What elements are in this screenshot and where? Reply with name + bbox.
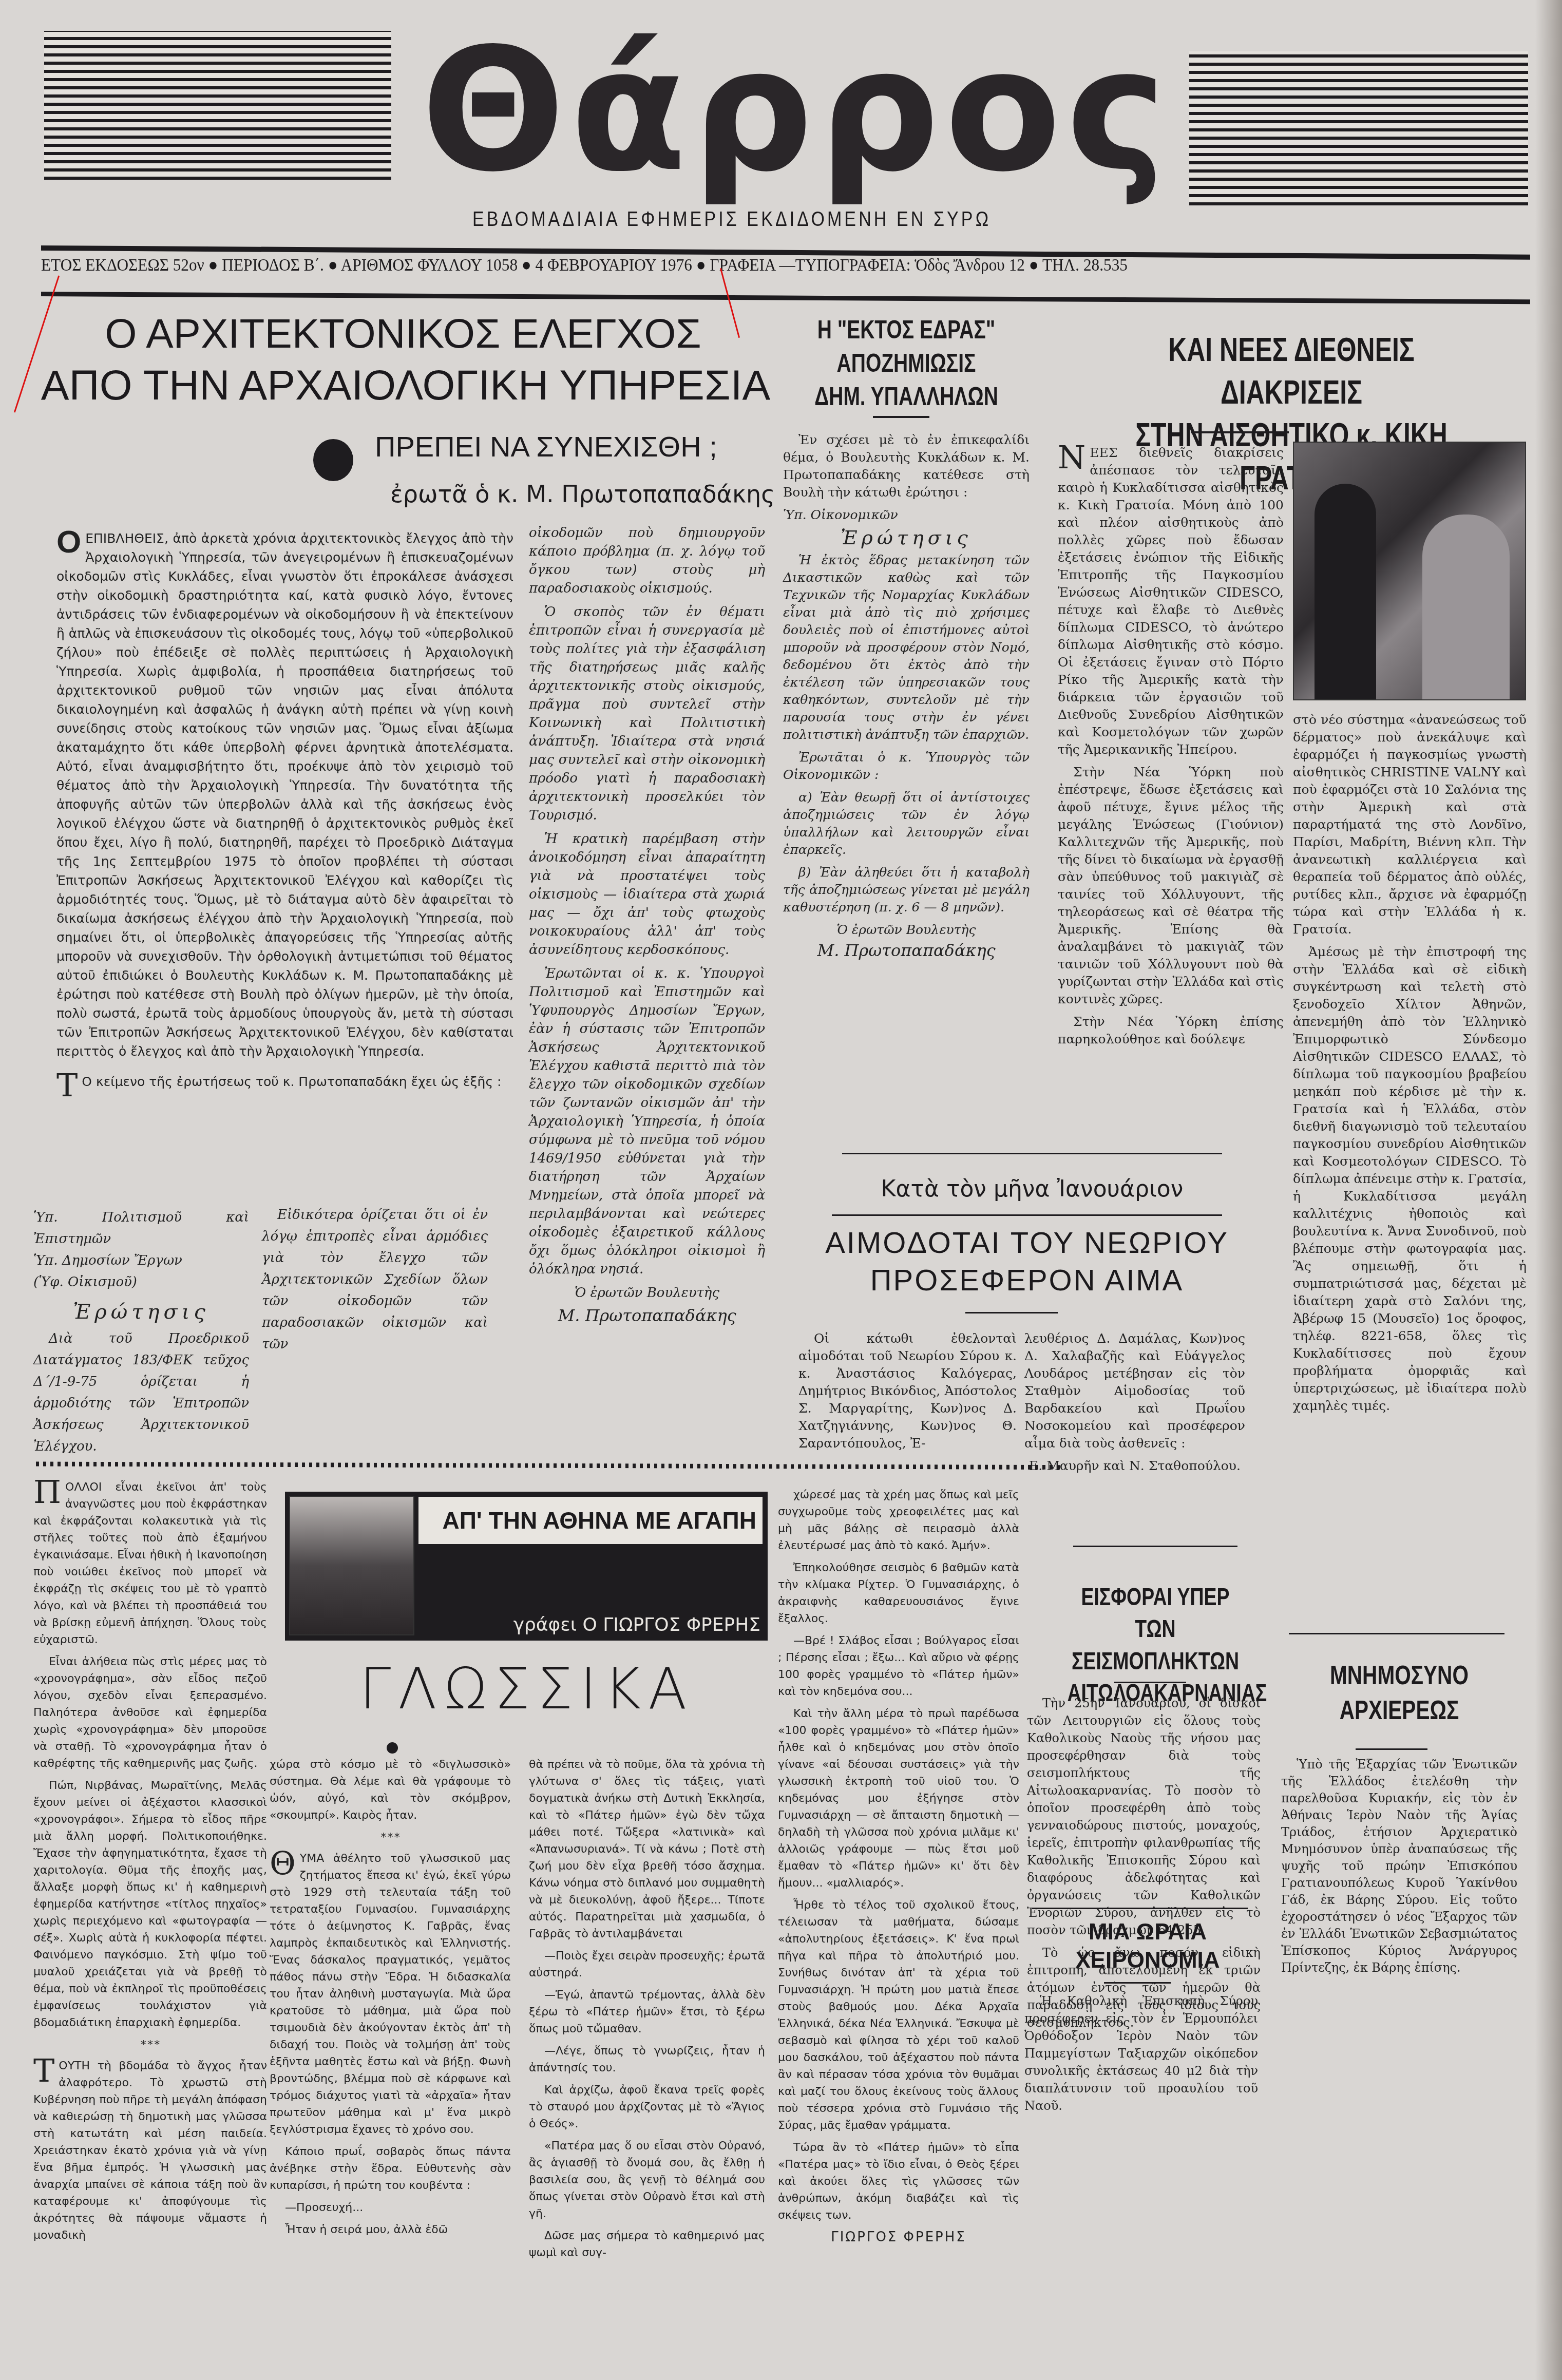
bullet-dot-icon — [387, 1742, 398, 1754]
newspaper-logo: Θάρρος — [421, 26, 1172, 195]
blood-col-1: Οἱ κάτωθι ἐθελονταὶ αἱμοδόται τοῦ Νεωρίο… — [798, 1330, 1017, 1452]
gesture-headline: ΜΙΑ ΩΡΑΙΑ ΧΕΙΡΟΝΟΜΙΑ — [1027, 1918, 1268, 1974]
edition-period: ΠΕΡΙΟΔΟΣ Β΄. — [222, 256, 324, 275]
architecture-col-b: Διὰ τοῦ Προεδρικοῦ Διατάγματος 183/ΦΕΚ τ… — [262, 1204, 488, 1360]
bullet-dot-icon — [313, 439, 353, 481]
drop-cap: Π — [33, 1479, 61, 1506]
athens-banner-author: γράφει Ο ΓΙΩΡΓΟΣ ΦΡΕΡΗΣ — [513, 1614, 760, 1635]
masthead-info-bar: ΕΤΟΣ ΕΚΔΟΣΕΩΣ 52ον ● ΠΕΡΙΟΔΟΣ Β΄. ● ΑΡΙΘ… — [41, 256, 1128, 275]
athens-col-4: χώρεσέ μας τὰ χρέη μας ὅπως καὶ μεῖς συγ… — [778, 1487, 1019, 2246]
blood-col-2: λευθέριος Δ. Δαμάλας, Κων)νος Δ. Χαλαβαζ… — [1024, 1330, 1245, 1480]
author-photo — [289, 1496, 414, 1635]
earthquake-body: Τὴν 25ην Ἰανουαρίου, οἱ δίσκοι τῶν Λειτο… — [1027, 1694, 1261, 2036]
drop-cap: Ν — [1058, 444, 1085, 471]
bullet-icon: ● — [522, 256, 531, 275]
masthead-subtitle: ΕΒΔΟΜΑΔΙΑΙΑ ΕΦΗΜΕΡΙΣ ΕΚΔΙΔΟΜΕΝΗ ΕΝ ΣΥΡΩ — [472, 208, 991, 231]
section-stars: * * * — [33, 2036, 267, 2053]
divider — [1032, 1908, 1248, 1909]
offices-address: ΓΡΑΦΕΙΑ —ΤΥΠΟΓΡΑΦΕΙΑ: Ὁδὸς Ἄνδρου 12 — [710, 256, 1025, 275]
photo-figure-right — [1422, 515, 1510, 699]
divider — [832, 1214, 1222, 1216]
divider — [1114, 1682, 1186, 1683]
masthead-ornament-right — [1189, 51, 1528, 205]
divider — [1104, 1982, 1171, 1984]
architecture-byline: ἐρωτᾶ ὁ κ. Μ. Πρωτοπαπαδάκης — [390, 480, 775, 508]
architecture-lead-body: Ο ΕΠΙΒΛΗΘΕΙΣ, ἀπὸ ἀρκετὰ χρόνια ἀρχιτεκτ… — [56, 529, 513, 1099]
divider — [1073, 1546, 1237, 1547]
masthead-ornament-left — [44, 31, 391, 180]
gesture-body: Ἡ Καθολικὴ Ἐπισκοπὴ Σύρου προσέφερεν εἰς… — [1024, 1992, 1258, 2115]
athens-col-1: Π ΟΛΛΟΙ εἶναι ἐκεῖνοι ἀπ' τοὺς ἀναγνῶστε… — [33, 1479, 267, 2244]
bullet-icon: ● — [696, 256, 706, 275]
wavy-separator — [36, 1458, 1063, 1470]
memorial-body: Ὑπὸ τῆς Ἐξαρχίας τῶν Ἑνωτικῶν τῆς Ἑλλάδο… — [1281, 1756, 1517, 1976]
earthquake-headline: ΕΙΣΦΟΡΑΙ ΥΠΕΡ ΤΩΝ ΣΕΙΣΜΟΠΛΗΚΤΩΝ ΑΙΤΩΛΟΑΚ… — [1042, 1582, 1268, 1710]
bullet-icon: ● — [328, 256, 338, 275]
divider — [1191, 431, 1289, 433]
memorial-headline: ΜΝΗΜΟΣΥΝΟ ΑΡΧΙΕΡΕΩΣ — [1279, 1659, 1520, 1728]
blood-headline: ΑΙΜΟΔΟΤΑΙ ΤΟΥ ΝΕΩΡΙΟΥ ΠΡΟΣΕΦΕΡΟΝ ΑΙΜΑ — [801, 1225, 1253, 1299]
column-signature: ΓΙΩΡΓΟΣ ΦΡΕΡΗΣ — [778, 2229, 1019, 2246]
masthead-rule-bottom — [41, 292, 1530, 304]
glossika-title: ΓΛΩΣΣΙΚΑ — [359, 1656, 694, 1722]
divider — [842, 1153, 1222, 1154]
blood-kicker: Κατὰ τὸν μῆνα Ἰανουάριον — [837, 1176, 1227, 1202]
architecture-subhead: ΠΡΕΠΕΙ ΝΑ ΣΥΝΕΧΙΣΘΗ ; — [375, 429, 786, 465]
architecture-addressees: Ὑπ. Πολιτισμοῦ καὶ Ἐπιστημῶν Ὑπ. Δημοσίω… — [33, 1207, 249, 1457]
question-label: Ἐρώτησις — [33, 1301, 249, 1323]
divider — [1356, 1748, 1427, 1750]
allowances-body: Ἐν σχέσει μὲ τὸ ἐν ἐπικεφαλίδι θέμα, ὁ Β… — [783, 431, 1030, 959]
question-label: Ἐρώτησις — [783, 529, 1030, 546]
issue-number: ΑΡΙΘΜΟΣ ΦΥΛΛΟΥ 1058 — [341, 256, 518, 275]
athens-col-2: χώρα στὸ κόσμο μὲ τὸ «διγλωσσικὸ» σύστημ… — [270, 1756, 511, 2243]
athens-col-3: θὰ πρέπει νὰ τὸ ποῦμε, ὅλα τὰ χρόνια τὴ … — [529, 1756, 765, 2267]
page-edge-shadow — [1535, 0, 1562, 2380]
athens-banner-title-box: ΑΠ' ΤΗΝ ΑΘΗΝΑ ΜΕ ΑΓΑΠΗ — [418, 1497, 763, 1544]
divider — [1289, 1633, 1504, 1634]
phone-number: ΤΗΛ. 28.535 — [1042, 256, 1128, 275]
beautician-col-1: Ν ΕΕΣ διεθνεῖς διακρίσεις ἀπέσπασε τὸν τ… — [1058, 444, 1284, 1053]
allowances-headline: Η "ΕΚΤΟΣ ΕΔΡΑΣ" ΑΠΟΖΗΜΙΩΣΙΣ ΔΗΜ. ΥΠΑΛΛΗΛ… — [786, 313, 1027, 413]
signoff-name: Μ. Πρωτοπαπαδάκης — [783, 942, 1030, 959]
divider — [873, 416, 929, 418]
drop-cap: Τ — [56, 1072, 78, 1099]
drop-cap: Τ — [33, 2058, 54, 2084]
edition-year: ΕΤΟΣ ΕΚΔΟΣΕΩΣ 52ον — [41, 256, 204, 275]
architecture-col-c: οἰκοδομῶν ποὺ δημιουργοῦν κάποιο πρόβλημ… — [529, 524, 765, 1325]
signoff-name: Μ. Πρωτοπαπαδάκης — [529, 1306, 765, 1325]
signoff-label: Ὁ ἐρωτῶν Βουλευτὴς — [783, 921, 1030, 939]
acropolis-illustration — [418, 1548, 763, 1607]
architecture-headline-2: ΑΠΟ ΤΗΝ ΑΡΧΑΙΟΛΟΓΙΚΗ ΥΠΗΡΕΣΙΑ — [31, 359, 780, 412]
photo-figure-left — [1315, 484, 1376, 699]
issue-date: 4 ΦΕΒΡΟΥΑΡΙΟΥ 1976 — [536, 256, 692, 275]
architecture-headline-1: Ο ΑΡΧΙΤΕΚΤΟΝΙΚΟΣ ΕΛΕΓΧΟΣ — [31, 308, 775, 359]
divider — [965, 1312, 1058, 1313]
bullet-icon: ● — [208, 256, 218, 275]
bullet-icon: ● — [1029, 256, 1039, 275]
beautician-photo — [1293, 442, 1526, 700]
drop-cap: Θ — [270, 1850, 296, 1877]
section-stars: * * * — [270, 1829, 511, 1846]
athens-banner: ΑΠ' ΤΗΝ ΑΘΗΝΑ ΜΕ ΑΓΑΠΗ γράφει Ο ΓΙΩΡΓΟΣ … — [285, 1492, 768, 1641]
beautician-col-2: στὸ νέο σύστημα «ἀνανεώσεως τοῦ δέρματος… — [1293, 711, 1527, 1420]
signoff-label: Ὁ ἐρωτῶν Βουλευτὴς — [529, 1284, 765, 1302]
drop-cap: Ο — [56, 529, 81, 556]
